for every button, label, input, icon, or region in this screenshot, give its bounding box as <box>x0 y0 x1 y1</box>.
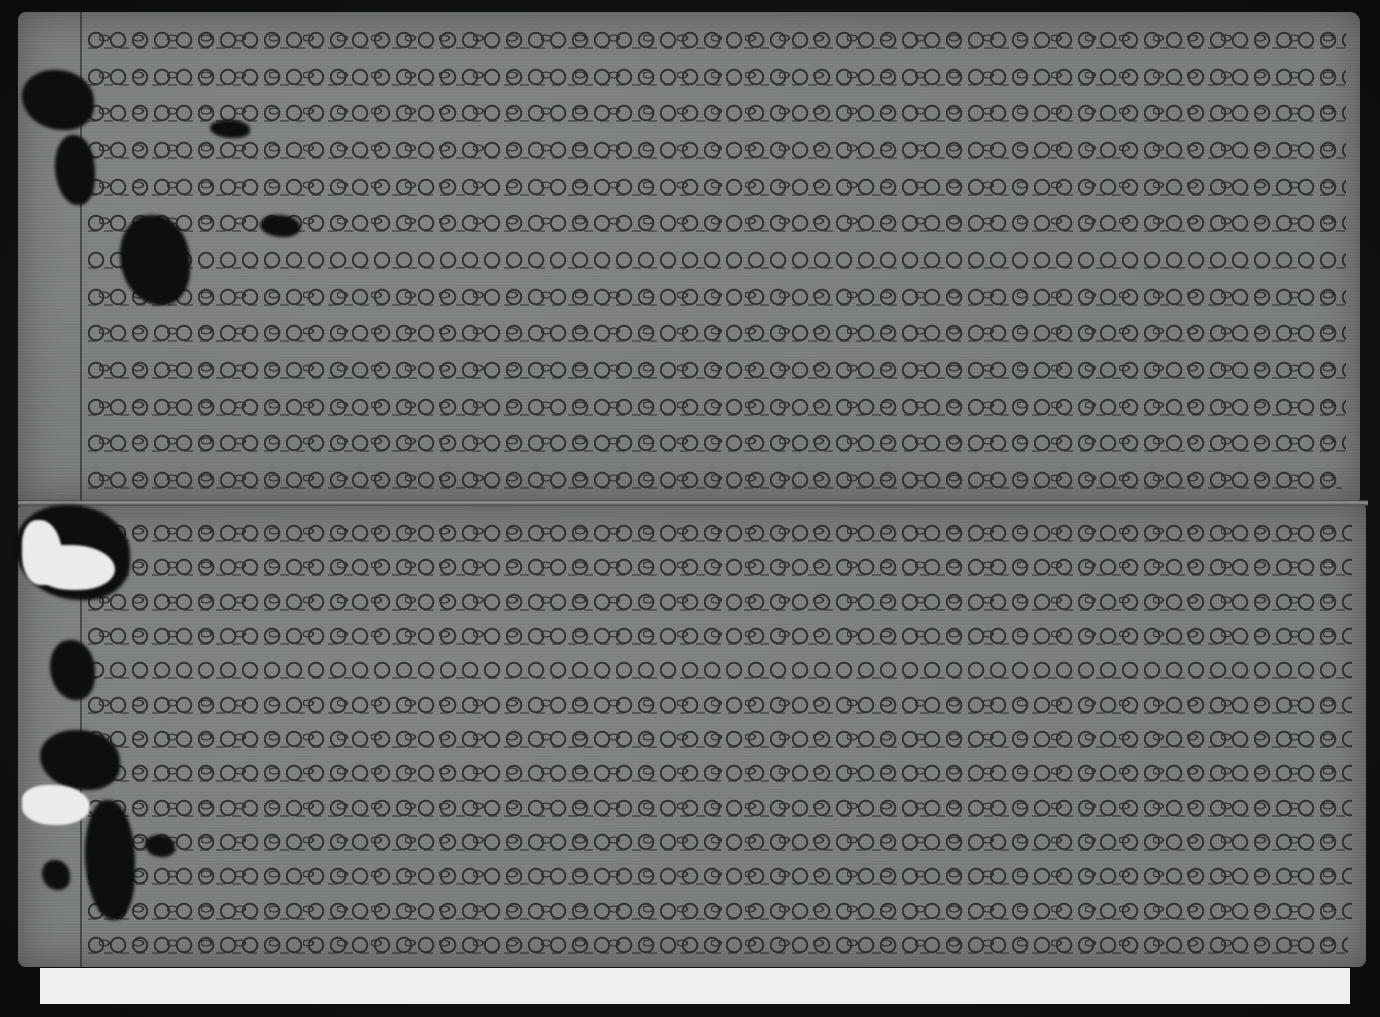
text-line <box>88 588 1352 614</box>
text-line <box>88 246 1346 272</box>
leaf-separator <box>18 500 1368 506</box>
text-line <box>88 466 1342 492</box>
bottom-white-strip <box>40 968 1350 1004</box>
text-line <box>88 393 1346 419</box>
text-line <box>88 519 1352 545</box>
text-line <box>88 99 1346 125</box>
text-line <box>88 136 1346 162</box>
text-line <box>88 319 1346 345</box>
text-block <box>88 26 1346 492</box>
text-line <box>88 622 1352 648</box>
text-line <box>88 656 1352 682</box>
manuscript-leaf-top <box>18 12 1360 502</box>
text-line <box>88 173 1346 199</box>
text-line <box>88 691 1352 717</box>
text-line <box>88 725 1352 751</box>
text-line <box>88 862 1352 888</box>
text-line <box>88 794 1352 820</box>
text-line <box>88 356 1346 382</box>
text-line <box>88 283 1346 309</box>
text-line <box>88 26 1346 52</box>
manuscript-photo: Myanmar (Burmese), handwritten <box>0 0 1380 1017</box>
worn-patch <box>22 785 90 825</box>
text-line <box>88 931 1348 957</box>
text-line <box>88 897 1352 923</box>
manuscript-leaf-bottom <box>18 505 1366 967</box>
text-line <box>88 553 1352 579</box>
text-line <box>88 63 1346 89</box>
text-line <box>88 429 1346 455</box>
worn-patch <box>35 545 115 590</box>
text-line <box>88 759 1352 785</box>
text-block <box>88 519 1352 957</box>
text-line <box>88 828 1352 854</box>
